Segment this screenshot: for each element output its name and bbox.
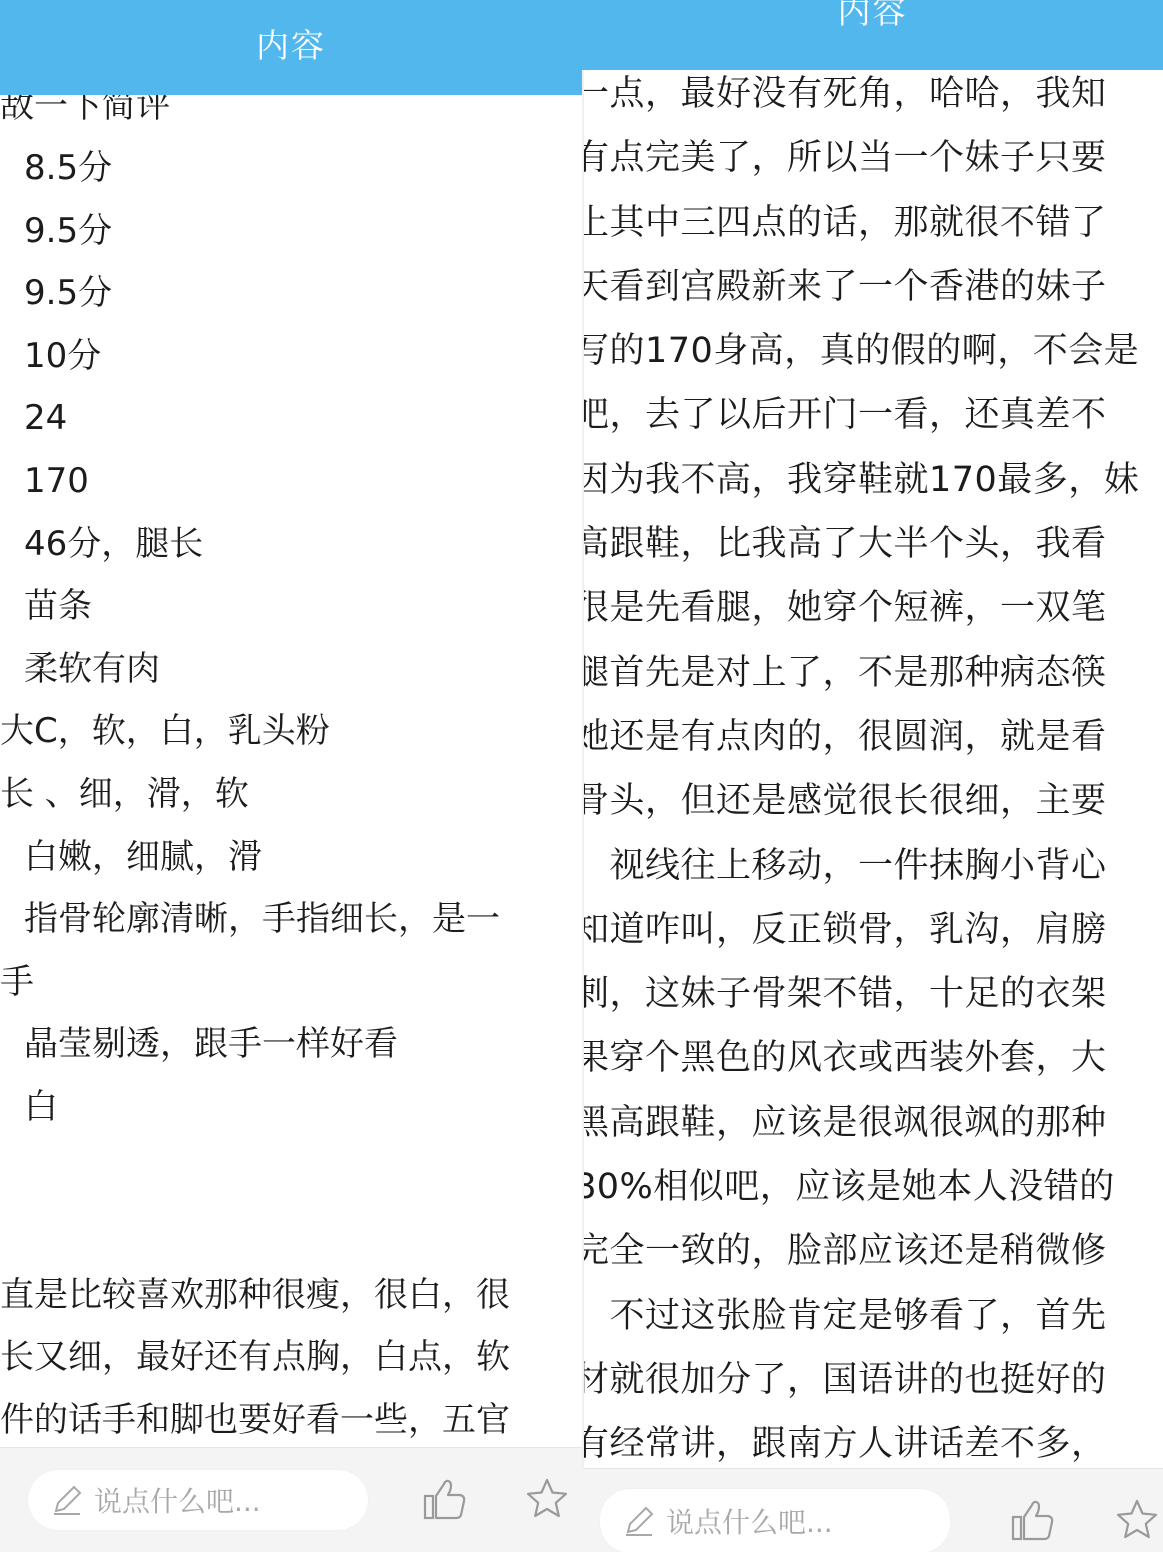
content-line: 长 、细，滑，软	[0, 763, 582, 826]
right-screen: 内容 一点，最好没有死角，哈哈，我知 有点完美了，所以当一个妹子只要 上其中三四…	[582, 0, 1163, 1552]
page-title: 内容	[256, 20, 326, 67]
rating-item: :白	[0, 1076, 582, 1139]
rating-value: 柔软有肉	[24, 649, 160, 689]
content-line: 很是先看腿，她穿个短裤，一双笔	[582, 576, 1163, 640]
content-line: 剌，这妹子骨架不错，十足的衣架	[582, 962, 1163, 1026]
rating-value: 46分，腿长	[24, 524, 203, 564]
content-line: 黑高跟鞋，应该是很飒很飒的那种	[582, 1091, 1163, 1155]
star-icon	[1114, 1497, 1160, 1543]
content-line: 完全一致的，脸部应该还是稍微修	[582, 1219, 1163, 1283]
rating-value: 170	[24, 461, 89, 501]
content-line: 材就很加分了，国语讲的也挺好的	[582, 1348, 1163, 1412]
content-line: 有点完美了，所以当一个妹子只要	[582, 126, 1163, 190]
header-bar: 内容	[0, 0, 582, 95]
content-line: 天看到宫殿新来了一个香港的妹子	[582, 255, 1163, 319]
content-line: ，视线往上移动，一件抹胸小背心	[582, 834, 1163, 898]
rating-item: :9.5分	[0, 262, 582, 325]
bottom-action-bar: 说点什么吧...	[582, 1468, 1163, 1552]
rating-item: :晶莹剔透，跟手一样好看	[0, 1013, 582, 1076]
rating-item: :46分，腿长	[0, 513, 582, 576]
rating-item: :24	[0, 387, 582, 450]
rating-item: :柔软有肉	[0, 638, 582, 701]
rating-value: 晶莹剔透，跟手一样好看	[24, 1024, 398, 1064]
content-line: 因为我不高，我穿鞋就170最多，妹	[582, 448, 1163, 512]
screenshot-divider	[582, 70, 584, 1470]
content-line: 腿首先是对上了，不是那种病态筷	[582, 641, 1163, 705]
favorite-button[interactable]	[1112, 1495, 1162, 1545]
content-line: 骨头，但还是感觉很长很细，主要	[582, 769, 1163, 833]
paragraph-line: 长又细，最好还有点胸，白点，软	[0, 1326, 582, 1389]
rating-value: 白嫩，细腻，滑	[24, 837, 262, 877]
pencil-icon	[622, 1504, 656, 1538]
rating-item: :8.5分	[0, 137, 582, 200]
rating-value: 24	[24, 398, 67, 438]
star-icon	[524, 1476, 570, 1522]
favorite-button[interactable]	[522, 1474, 572, 1524]
paragraph-line: 直是比较喜欢那种很瘦，很白，很	[0, 1264, 582, 1327]
content-line: 一点，最好没有死角，哈哈，我知	[582, 62, 1163, 126]
like-button[interactable]	[420, 1474, 470, 1524]
rating-value: 9.5分	[24, 273, 112, 313]
comment-input[interactable]: 说点什么吧...	[28, 1470, 368, 1530]
blank-space	[0, 1139, 582, 1264]
content-line: 知道咋叫，反正锁骨，乳沟，肩膀	[582, 898, 1163, 962]
rating-item: :指骨轮廓清晰，手指细长，是一	[0, 888, 582, 951]
comment-input[interactable]: 说点什么吧...	[600, 1489, 950, 1552]
content-line: ，不过这张脸肯定是够看了，首先	[582, 1284, 1163, 1348]
rating-item: :白嫩，细腻，滑	[0, 826, 582, 889]
rating-value: 白	[24, 1087, 58, 1127]
thumbs-up-icon	[422, 1476, 468, 1522]
header-bar: 内容	[582, 0, 1163, 70]
rating-item: :170	[0, 450, 582, 513]
rating-value: 10分	[24, 336, 101, 376]
thumbs-up-icon	[1010, 1497, 1056, 1543]
content-line: 果穿个黑色的风衣或西装外套，大	[582, 1026, 1163, 1090]
content-line: 高跟鞋，比我高了大半个头，我看	[582, 512, 1163, 576]
bottom-action-bar: 说点什么吧...	[0, 1447, 582, 1552]
page-title: 内容	[838, 0, 908, 33]
content-line: 大C，软，白，乳头粉	[0, 700, 582, 763]
content-line: 80%相似吧，应该是她本人没错的	[582, 1155, 1163, 1219]
content-line: 手	[0, 951, 582, 1014]
article-content: 一点，最好没有死角，哈哈，我知 有点完美了，所以当一个妹子只要 上其中三四点的话…	[582, 62, 1163, 1477]
comment-placeholder: 说点什么吧...	[94, 1480, 261, 1520]
content-line: 写的170身高，真的假的啊，不会是	[582, 319, 1163, 383]
paragraph-line: 件的话手和脚也要好看一些，五官	[0, 1389, 582, 1452]
left-screen: 内容 敌一下简评 :8.5分 :9.5分 :9.5分 :10分 :24 :170…	[0, 0, 582, 1552]
content-line: 她还是有点肉的，很圆润，就是看	[582, 705, 1163, 769]
rating-item: :苗条	[0, 575, 582, 638]
rating-value: 9.5分	[24, 211, 112, 251]
rating-value: 指骨轮廓清晰，手指细长，是一	[24, 899, 500, 939]
pencil-icon	[50, 1483, 84, 1517]
content-line: 吧，去了以后开门一看，还真差不	[582, 383, 1163, 447]
rating-item: :9.5分	[0, 200, 582, 263]
article-content: 敌一下简评 :8.5分 :9.5分 :9.5分 :10分 :24 :170 :4…	[0, 75, 582, 1451]
rating-value: 苗条	[24, 586, 92, 626]
rating-value: 8.5分	[24, 148, 112, 188]
rating-item: :10分	[0, 325, 582, 388]
content-line: 有经常讲，跟南方人讲话差不多，	[582, 1412, 1163, 1476]
content-line: 上其中三四点的话，那就很不错了	[582, 191, 1163, 255]
comment-placeholder: 说点什么吧...	[666, 1501, 833, 1541]
like-button[interactable]	[1008, 1495, 1058, 1545]
